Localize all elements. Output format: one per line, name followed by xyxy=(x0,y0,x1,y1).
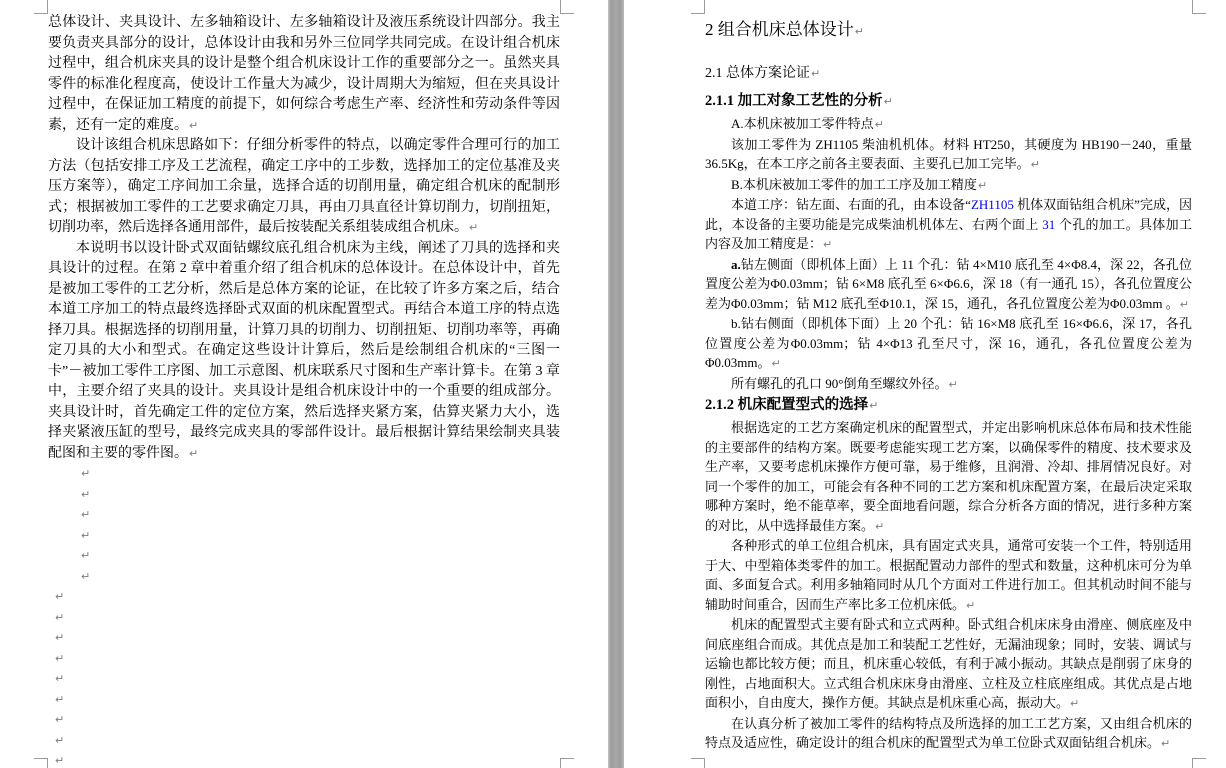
paragraph-mark-icon: ↵ xyxy=(80,549,90,562)
paragraph-mark-icon: ↵ xyxy=(810,67,820,80)
empty-paragraph[interactable]: ↵ xyxy=(48,608,560,629)
paragraph-mark-icon: ↵ xyxy=(883,95,893,108)
paragraph-mark-icon: ↵ xyxy=(977,179,987,192)
paragraph-mark-icon: ↵ xyxy=(80,508,90,521)
text-run: 本说明书以设计卧式双面钻螺纹底孔组合机床为主线，阐述了刀具的选择和夹具设计的过程… xyxy=(48,241,560,461)
empty-paragraph[interactable]: ↵ xyxy=(48,649,560,670)
text-boundary-mark xyxy=(1192,0,1206,14)
page-left[interactable]: 总体设计、夹具设计、左多轴箱设计、左多轴箱设计及液压系统设计四部分。我主要负责夹… xyxy=(0,0,608,768)
paragraph-mark-icon: ↵ xyxy=(54,713,64,726)
text-run: 本道工序：钻左面、右面的孔，由本设备“ xyxy=(731,197,971,212)
paragraph-mark-icon: ↵ xyxy=(80,529,90,542)
empty-paragraph[interactable]: ↵ xyxy=(48,710,560,731)
empty-paragraph[interactable]: ↵ xyxy=(48,526,560,547)
text-run: 所有螺孔的孔口 90°倒角至螺纹外径。 xyxy=(731,376,947,391)
paragraph[interactable]: a.钻左侧面（即机体上面）上 11 个孔：钻 4×M10 底孔至 4×Φ8.4，… xyxy=(705,255,1192,315)
paragraph-mark-icon: ↵ xyxy=(54,652,64,665)
empty-paragraph[interactable]: ↵ xyxy=(48,751,560,768)
document-viewport: 总体设计、夹具设计、左多轴箱设计、左多轴箱设计及液压系统设计四部分。我主要负责夹… xyxy=(0,0,1226,768)
paragraph-mark-icon: ↵ xyxy=(54,754,64,767)
paragraph-mark-icon: ↵ xyxy=(854,25,864,38)
paragraph-mark-icon: ↵ xyxy=(54,611,64,624)
text-run: 各种形式的单工位组合机床，具有固定式夹具，通常可安装一个工件，特别适用于大、中型… xyxy=(705,538,1192,612)
text-boundary-mark xyxy=(691,758,705,768)
paragraph[interactable]: 本道工序：钻左面、右面的孔，由本设备“ZH1105 机体双面钻组合机床”完成，因… xyxy=(705,195,1192,255)
text-run: 设计该组合机床思路如下：仔细分析零件的特点，以确定零件合理可行的加工方法（包括安… xyxy=(48,138,560,235)
text-run: 根据选定的工艺方案确定机床的配置型式，并定出影响机床总体布局和技术性能的主要部件… xyxy=(705,420,1192,533)
page-right[interactable]: 2 组合机床总体设计↵2.1 总体方案论证↵2.1.1 加工对象工艺性的分析↵A… xyxy=(624,0,1226,768)
empty-paragraph[interactable]: ↵ xyxy=(48,731,560,752)
paragraph-mark-icon: ↵ xyxy=(1069,697,1079,710)
paragraph-mark-icon: ↵ xyxy=(54,631,64,644)
paragraph-mark-icon: ↵ xyxy=(468,221,478,234)
page-gap xyxy=(608,0,624,768)
empty-paragraph[interactable]: ↵ xyxy=(48,628,560,649)
text-run: a. xyxy=(731,257,741,272)
paragraph-mark-icon: ↵ xyxy=(1160,737,1170,750)
paragraph[interactable]: 根据选定的工艺方案确定机床的配置型式，并定出影响机床总体布局和技术性能的主要部件… xyxy=(705,418,1192,536)
empty-paragraph[interactable]: ↵ xyxy=(48,567,560,588)
paragraph[interactable]: 总体设计、夹具设计、左多轴箱设计、左多轴箱设计及液压系统设计四部分。我主要负责夹… xyxy=(48,13,560,136)
text-run: 2.1 总体方案论证 xyxy=(705,66,810,81)
text-run: 钻左侧面（即机体上面）上 11 个孔：钻 4×M10 底孔至 4×Φ8.4，深 … xyxy=(705,257,1192,311)
empty-paragraph[interactable]: ↵ xyxy=(48,587,560,608)
paragraph[interactable]: 机床的配置型式主要有卧式和立式两种。卧式组合机床床身由滑座、侧底座及中间底座组合… xyxy=(705,615,1192,714)
paragraph-mark-icon: ↵ xyxy=(947,378,957,391)
paragraph-mark-icon: ↵ xyxy=(874,118,884,131)
paragraph-mark-icon: ↵ xyxy=(188,447,198,460)
empty-paragraph[interactable]: ↵ xyxy=(48,669,560,690)
text-run: B.本机床被加工零件的加工工序及加工精度 xyxy=(731,177,977,192)
paragraph-mark-icon: ↵ xyxy=(54,734,64,747)
heading-h1[interactable]: 2 组合机床总体设计↵ xyxy=(705,17,1192,45)
paragraph-mark-icon: ↵ xyxy=(80,488,90,501)
field-text-run: 31 xyxy=(1042,217,1055,232)
field-text-run: ZH1105 xyxy=(971,197,1014,212)
empty-paragraph[interactable]: ↵ xyxy=(48,690,560,711)
heading-h3[interactable]: 2.1.2 机床配置型式的选择↵ xyxy=(705,395,1192,416)
text-run: 机床的配置型式主要有卧式和立式两种。卧式组合机床床身由滑座、侧底座及中间底座组合… xyxy=(705,617,1192,710)
paragraph-mark-icon: ↵ xyxy=(1030,158,1040,171)
paragraph-mark-icon: ↵ xyxy=(80,570,90,583)
empty-paragraph[interactable]: ↵ xyxy=(48,464,560,485)
page-right-text-area[interactable]: 2 组合机床总体设计↵2.1 总体方案论证↵2.1.1 加工对象工艺性的分析↵A… xyxy=(705,13,1192,754)
paragraph-mark-icon: ↵ xyxy=(770,357,780,370)
paragraph[interactable]: B.本机床被加工零件的加工工序及加工精度↵ xyxy=(705,175,1192,196)
text-run: 总体设计、夹具设计、左多轴箱设计、左多轴箱设计及液压系统设计四部分。我主要负责夹… xyxy=(48,15,560,133)
paragraph-mark-icon: ↵ xyxy=(188,119,198,132)
page-left-text-area[interactable]: 总体设计、夹具设计、左多轴箱设计、左多轴箱设计及液压系统设计四部分。我主要负责夹… xyxy=(48,13,560,768)
paragraph[interactable]: A.本机床被加工零件特点↵ xyxy=(705,114,1192,135)
empty-paragraph[interactable]: ↵ xyxy=(48,485,560,506)
empty-paragraph[interactable]: ↵ xyxy=(48,546,560,567)
text-run: 2 组合机床总体设计 xyxy=(705,20,854,39)
heading-h3[interactable]: 2.1.1 加工对象工艺性的分析↵ xyxy=(705,91,1192,112)
paragraph[interactable]: 各种形式的单工位组合机床，具有固定式夹具，通常可安装一个工件，特别适用于大、中型… xyxy=(705,536,1192,615)
text-run: A.本机床被加工零件特点 xyxy=(731,116,874,131)
paragraph-mark-icon: ↵ xyxy=(868,399,878,412)
text-run: 2.1.1 加工对象工艺性的分析 xyxy=(705,93,883,109)
paragraph-mark-icon: ↵ xyxy=(80,467,90,480)
paragraph[interactable]: 设计该组合机床思路如下：仔细分析零件的特点，以确定零件合理可行的加工方法（包括安… xyxy=(48,136,560,239)
text-boundary-mark xyxy=(560,758,574,768)
text-boundary-mark xyxy=(34,758,48,768)
paragraph-mark-icon: ↵ xyxy=(54,672,64,685)
paragraph-mark-icon: ↵ xyxy=(822,238,832,251)
paragraph[interactable]: 本说明书以设计卧式双面钻螺纹底孔组合机床为主线，阐述了刀具的选择和夹具设计的过程… xyxy=(48,239,560,465)
text-run: 在认真分析了被加工零件的结构特点及所选择的加工工艺方案，又由组合机床的特点及适应… xyxy=(705,716,1192,751)
paragraph-mark-icon: ↵ xyxy=(1179,298,1189,311)
paragraph-mark-icon: ↵ xyxy=(54,590,64,603)
text-boundary-mark xyxy=(1192,758,1206,768)
text-run: 该加工零件为 ZH1105 柴油机机体。材料 HT250，其硬度为 HB190－… xyxy=(705,137,1192,172)
paragraph[interactable]: 所有螺孔的孔口 90°倒角至螺纹外径。↵ xyxy=(705,374,1192,395)
paragraph[interactable]: b.钻右侧面（即机体下面）上 20 个孔：钻 16×M8 底孔至 16×Φ6.6… xyxy=(705,314,1192,374)
heading-h2[interactable]: 2.1 总体方案论证↵ xyxy=(705,64,1192,84)
empty-paragraph[interactable]: ↵ xyxy=(48,505,560,526)
text-boundary-mark xyxy=(34,0,48,14)
text-boundary-mark xyxy=(691,0,705,14)
text-run: 2.1.2 机床配置型式的选择 xyxy=(705,397,868,413)
paragraph[interactable]: 在认真分析了被加工零件的结构特点及所选择的加工工艺方案，又由组合机床的特点及适应… xyxy=(705,714,1192,754)
text-boundary-mark xyxy=(560,0,574,14)
paragraph-mark-icon: ↵ xyxy=(874,520,884,533)
paragraph[interactable]: 该加工零件为 ZH1105 柴油机机体。材料 HT250，其硬度为 HB190－… xyxy=(705,135,1192,175)
paragraph-mark-icon: ↵ xyxy=(54,693,64,706)
paragraph-mark-icon: ↵ xyxy=(965,599,975,612)
